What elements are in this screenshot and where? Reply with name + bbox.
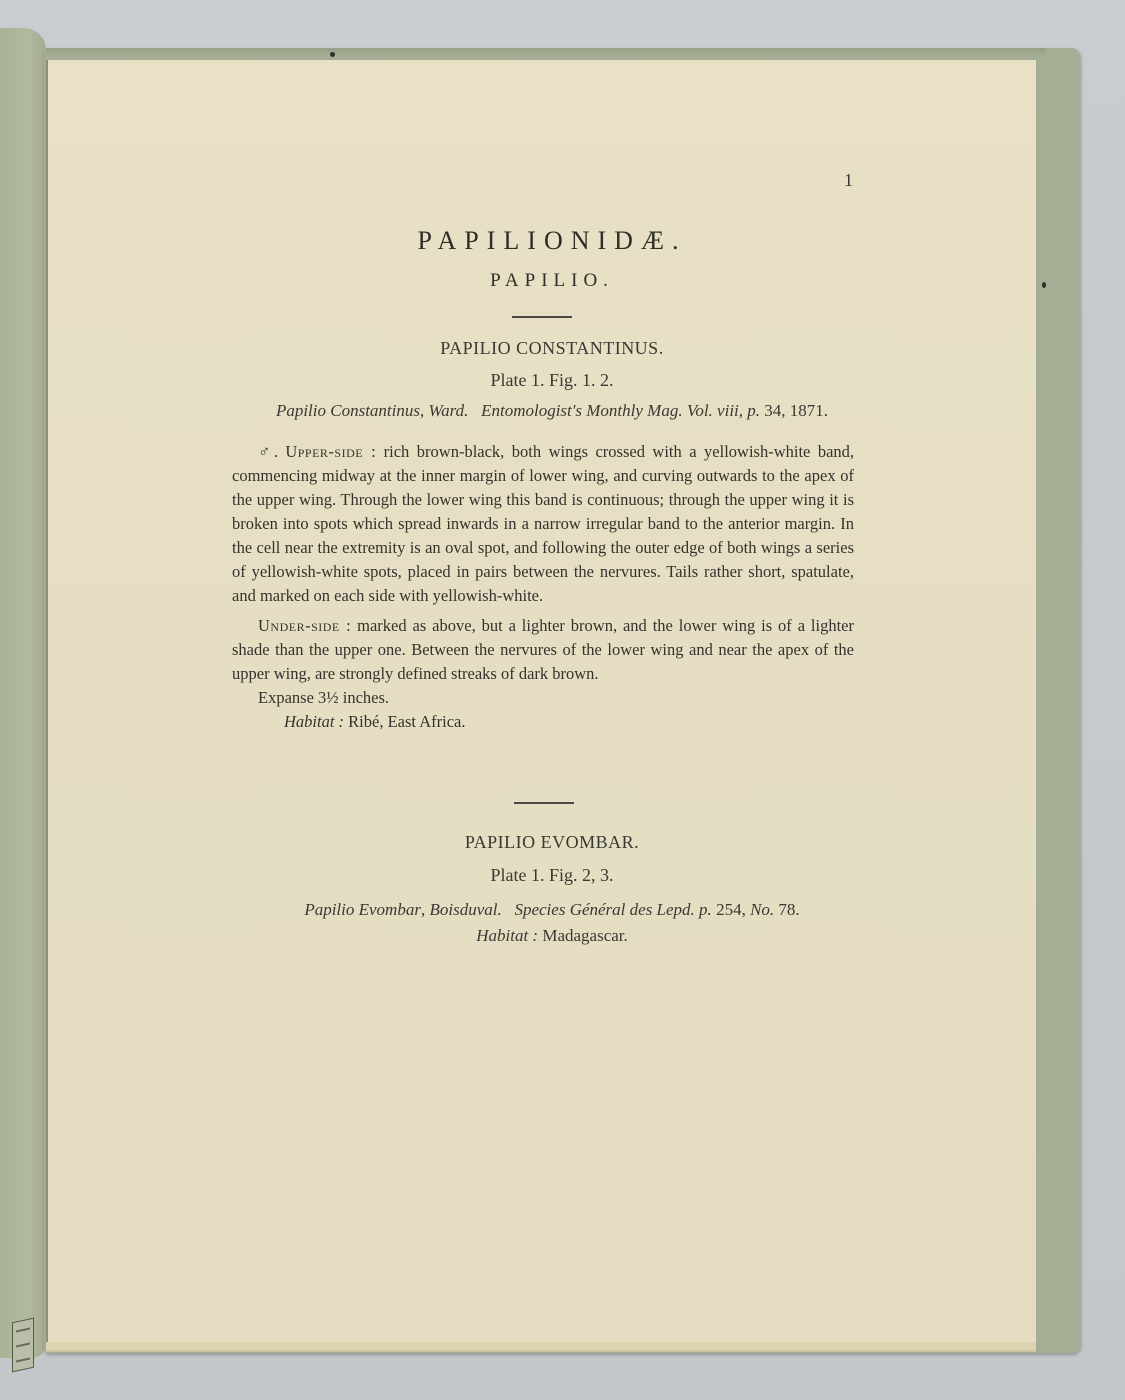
plate-reference: Plate 1. Fig. 2, 3. [48,865,1036,886]
habitat-value: Ribé, East Africa. [348,712,465,731]
citation-journal: Entomologist's Monthly Mag. Vol. viii, p… [481,401,760,420]
habitat-line: Habitat : Madagascar. [48,926,1036,946]
species-heading: PAPILIO CONSTANTINUS. [48,338,1036,359]
family-heading: PAPILIONIDÆ. [48,226,1036,256]
citation: Papilio Evombar, Boisduval. Species Géné… [48,900,1036,920]
citation: Papilio Constantinus, Ward. Entomologist… [48,401,1036,421]
citation-no-value: 78. [778,900,799,919]
section-divider [514,802,574,804]
citation-author: Ward. [429,401,469,420]
citation-name: Papilio Constantinus [276,401,420,420]
expanse: Expanse 3½ inches. [232,686,854,710]
spine-label [12,1318,34,1373]
upper-side-text: rich brown-black, both wings crossed wit… [232,442,854,605]
citation-journal: Species Général des Lepd. p. [514,900,711,919]
upper-side-paragraph: ♂. Upper-side : rich brown-black, both w… [232,440,854,608]
page-number: 1 [844,170,853,191]
citation-page-year: 34, 1871. [764,401,828,420]
section-divider [512,316,572,318]
document-page: 1 PAPILIONIDÆ. PAPILIO. PAPILIO CONSTANT… [46,60,1036,1342]
cover-speck [330,52,335,57]
male-symbol: ♂. [258,442,278,461]
book-spine [0,28,46,1358]
cover-speck [1042,282,1046,288]
under-side-paragraph: Under-side : marked as above, but a ligh… [232,614,854,686]
citation-name: Papilio Evombar [304,900,421,919]
upper-side-label: Upper-side : [285,442,376,461]
habitat-label: Habitat : [284,712,344,731]
habitat-value: Madagascar. [542,926,627,945]
habitat-line: Habitat : Ribé, East Africa. [232,710,854,734]
under-side-label: Under-side : [258,616,351,635]
description-body: ♂. Upper-side : rich brown-black, both w… [232,440,854,734]
citation-no-label: No. [750,900,774,919]
citation-author: Boisduval. [429,900,501,919]
habitat-label: Habitat : [476,926,538,945]
cover-top-edge [46,48,1046,58]
genus-heading: PAPILIO. [48,270,1036,292]
citation-page: 254, [716,900,746,919]
plate-reference: Plate 1. Fig. 1. 2. [48,370,1036,391]
species-heading: PAPILIO EVOMBAR. [48,832,1036,853]
